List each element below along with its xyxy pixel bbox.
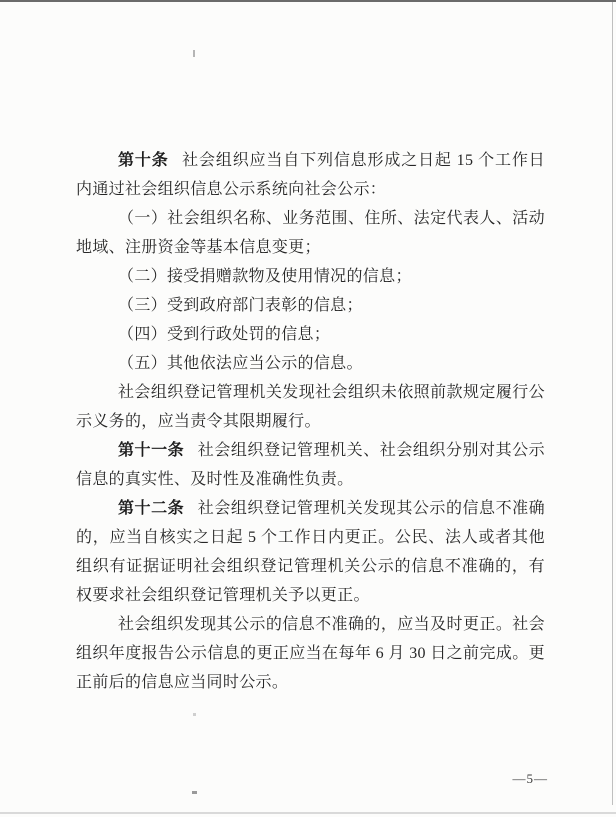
- article-heading: 第十条: [118, 152, 169, 169]
- article-12-closing-paragraph: 社会组织发现其公示的信息不准确的，应当及时更正。社会组织年度报告公示信息的更正应…: [76, 610, 545, 697]
- article-11-paragraph: 第十一条社会组织登记管理机关、社会组织分别对其公示信息的真实性、及时性及准确性负…: [76, 436, 545, 494]
- scan-speck: [192, 791, 197, 794]
- scan-right-edge-line: [612, 2, 613, 805]
- scan-top-edge-line: [0, 0, 616, 2]
- article-10-closing-paragraph: 社会组织登记管理机关发现社会组织未依照前款规定履行公示义务的，应当责令其限期履行…: [76, 378, 545, 436]
- paragraph-text: 社会组织登记管理机关发现社会组织未依照前款规定履行公示义务的，应当责令其限期履行…: [76, 384, 545, 430]
- document-body: 第十条社会组织应当自下列信息形成之日起 15 个工作日内通过社会组织信息公示系统…: [76, 146, 545, 697]
- page-number: —5—: [513, 771, 549, 787]
- list-item-2: （二）接受捐赠款物及使用情况的信息；: [76, 262, 545, 291]
- paragraph-text: 社会组织发现其公示的信息不准确的，应当及时更正。社会组织年度报告公示信息的更正应…: [76, 616, 545, 691]
- article-heading: 第十二条: [118, 500, 184, 517]
- paragraph-text: （三）受到政府部门表彰的信息；: [118, 297, 363, 314]
- list-item-1: （一）社会组织名称、业务范围、住所、法定代表人、活动地域、注册资金等基本信息变更…: [76, 204, 545, 262]
- list-item-3: （三）受到政府部门表彰的信息；: [76, 291, 545, 320]
- paragraph-text: （一）社会组织名称、业务范围、住所、法定代表人、活动地域、注册资金等基本信息变更…: [76, 210, 545, 256]
- article-heading: 第十一条: [118, 442, 184, 459]
- scan-speck: [193, 50, 195, 57]
- article-10-paragraph: 第十条社会组织应当自下列信息形成之日起 15 个工作日内通过社会组织信息公示系统…: [76, 146, 545, 204]
- list-item-5: （五）其他依法应当公示的信息。: [76, 349, 545, 378]
- paragraph-text: （五）其他依法应当公示的信息。: [118, 355, 363, 372]
- scan-speck: [193, 713, 196, 716]
- paragraph-text: （四）受到行政处罚的信息；: [118, 326, 330, 343]
- paragraph-text: （二）接受捐赠款物及使用情况的信息；: [118, 268, 412, 285]
- scan-bottom-edge-line: [0, 812, 616, 814]
- article-12-paragraph: 第十二条社会组织登记管理机关发现其公示的信息不准确的，应当自核实之日起 5 个工…: [76, 494, 545, 610]
- scanned-page: 第十条社会组织应当自下列信息形成之日起 15 个工作日内通过社会组织信息公示系统…: [0, 0, 616, 817]
- list-item-4: （四）受到行政处罚的信息；: [76, 320, 545, 349]
